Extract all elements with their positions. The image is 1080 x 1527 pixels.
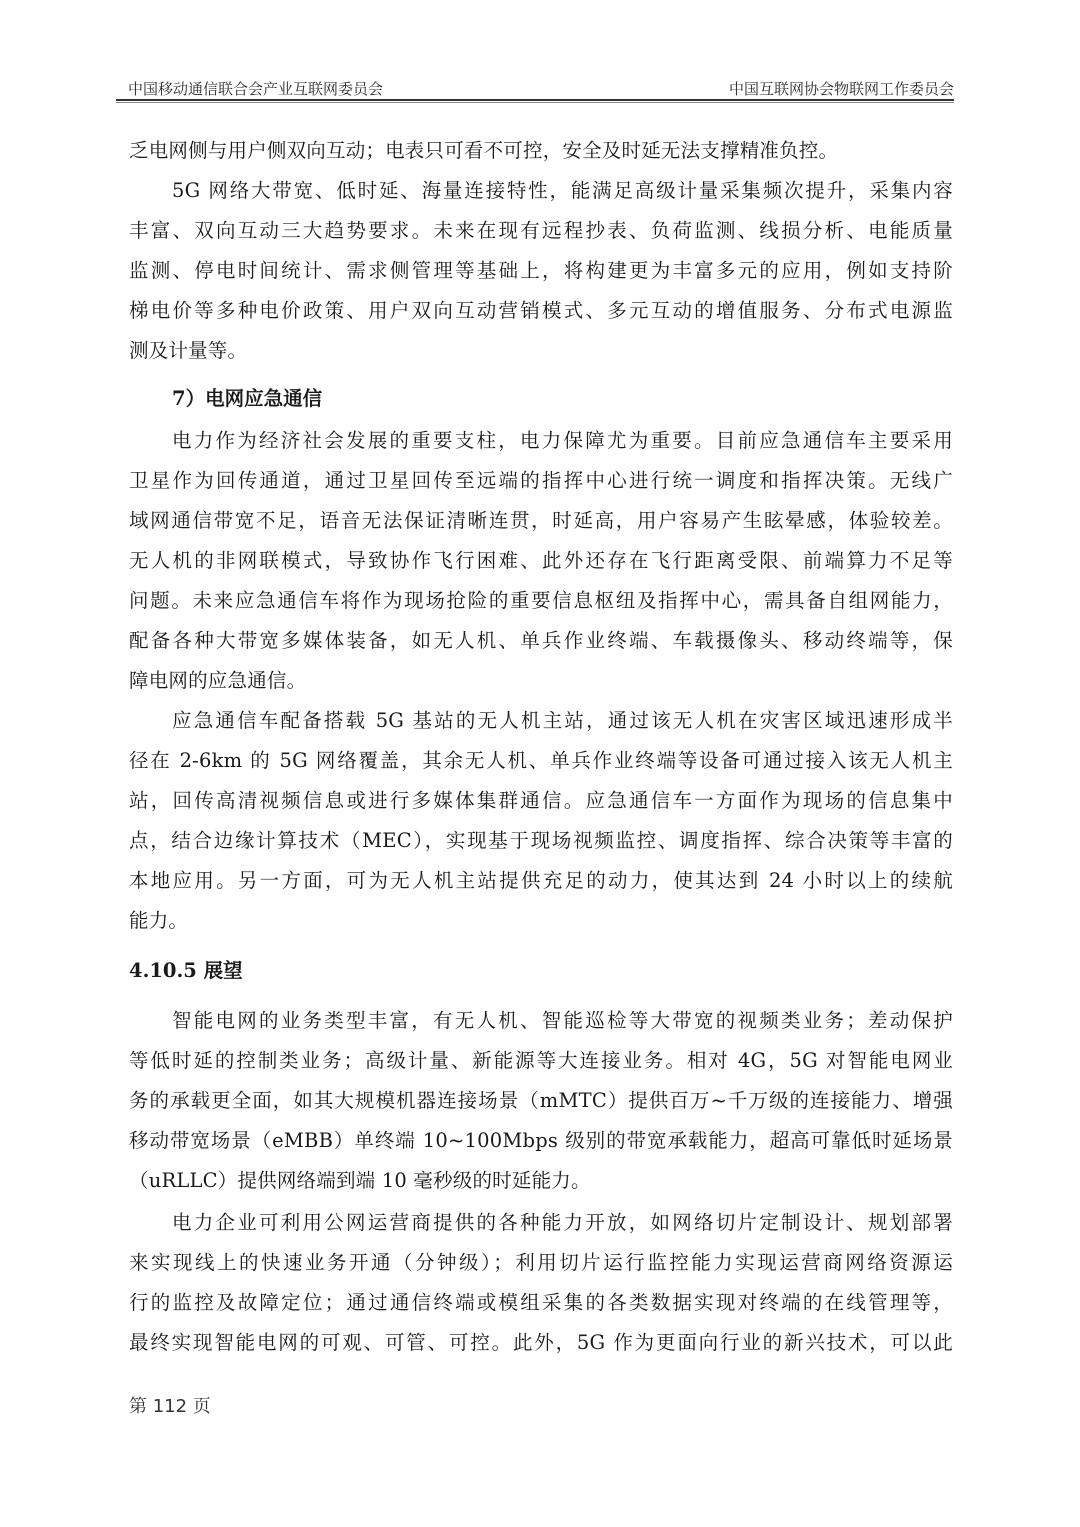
- page-header: 中国移动通信联合会产业互联网委员会 中国互联网协会物联网工作委员会: [128, 74, 954, 100]
- paragraph-line: 点，结合边缘计算技术（MEC），实现基于现场视频监控、调度指挥、综合决策等丰富的: [129, 828, 953, 854]
- paragraph-line: 电力作为经济社会发展的重要支柱，电力保障尤为重要。目前应急通信车主要采用: [172, 428, 953, 454]
- paragraph-line: （uRLLC）提供网络端到端 10 毫秒级的时延能力。: [129, 1168, 953, 1194]
- header-left-org: 中国移动通信联合会产业互联网委员会: [128, 78, 383, 99]
- paragraph-line: 监测、停电时间统计、需求侧管理等基础上，将构建更为丰富多元的应用，例如支持阶: [129, 258, 953, 284]
- paragraph-line: 梯电价等多种电价政策、用户双向互动营销模式、多元互动的增值服务、分布式电源监: [129, 298, 953, 324]
- paragraph-line: 务的承载更全面，如其大规模机器连接场景（mMTC）提供百万~千万级的连接能力、增…: [129, 1088, 953, 1114]
- paragraph-line: 电力企业可利用公网运营商提供的各种能力开放，如网络切片定制设计、规划部署: [172, 1210, 953, 1236]
- paragraph-line: 智能电网的业务类型丰富，有无人机、智能巡检等大带宽的视频类业务；差动保护: [172, 1008, 953, 1034]
- paragraph-line: 等低时延的控制类业务；高级计量、新能源等大连接业务。相对 4G，5G 对智能电网…: [129, 1048, 953, 1074]
- paragraph-line: 最终实现智能电网的可观、可管、可控。此外，5G 作为更面向行业的新兴技术，可以此: [129, 1330, 953, 1356]
- section-heading-emergency-comm: 7）电网应急通信: [172, 386, 322, 412]
- header-right-org: 中国互联网协会物联网工作委员会: [729, 78, 954, 99]
- paragraph-line: 无人机的非网联模式，导致协作飞行困难、此外还存在飞行距离受限、前端算力不足等: [129, 548, 953, 574]
- paragraph-line: 障电网的应急通信。: [129, 668, 953, 694]
- page-number: 第 112 页: [129, 1392, 211, 1418]
- paragraph-line: 测及计量等。: [129, 338, 953, 364]
- paragraph-line: 问题。未来应急通信车将作为现场抢险的重要信息枢纽及指挥中心，需具备自组网能力，: [129, 588, 953, 614]
- paragraph-line: 径在 2-6km 的 5G 网络覆盖，其余无人机、单兵作业终端等设备可通过接入该…: [129, 748, 953, 774]
- header-divider: [116, 99, 954, 101]
- section-heading-outlook: 4.10.5 展望: [129, 958, 243, 984]
- paragraph-line: 本地应用。另一方面，可为无人机主站提供充足的动力，使其达到 24 小时以上的续航: [129, 868, 953, 894]
- paragraph-line: 移动带宽场景（eMBB）单终端 10~100Mbps 级别的带宽承载能力，超高可…: [129, 1128, 953, 1154]
- paragraph-line: 配备各种大带宽多媒体装备，如无人机、单兵作业终端、车载摄像头、移动终端等，保: [129, 628, 953, 654]
- paragraph-line: 乏电网侧与用户侧双向互动；电表只可看不可控，安全及时延无法支撑精准负控。: [129, 138, 953, 164]
- paragraph-line: 能力。: [129, 908, 953, 934]
- paragraph-line: 行的监控及故障定位；通过通信终端或模组采集的各类数据实现对终端的在线管理等，: [129, 1290, 953, 1316]
- paragraph-line: 丰富、双向互动三大趋势要求。未来在现有远程抄表、负荷监测、线损分析、电能质量: [129, 218, 953, 244]
- paragraph-line: 卫星作为回传通道，通过卫星回传至远端的指挥中心进行统一调度和指挥决策。无线广: [129, 468, 953, 494]
- paragraph-line: 5G 网络大带宽、低时延、海量连接特性，能满足高级计量采集频次提升，采集内容: [172, 178, 953, 204]
- header-divider-thin: [116, 102, 954, 103]
- paragraph-line: 应急通信车配备搭载 5G 基站的无人机主站，通过该无人机在灾害区域迅速形成半: [172, 708, 953, 734]
- paragraph-line: 域网通信带宽不足，语音无法保证清晰连贯，时延高，用户容易产生眩晕感，体验较差。: [129, 508, 953, 534]
- paragraph-line: 来实现线上的快速业务开通（分钟级）；利用切片运行监控能力实现运营商网络资源运: [129, 1250, 953, 1276]
- paragraph-line: 站，回传高清视频信息或进行多媒体集群通信。应急通信车一方面作为现场的信息集中: [129, 788, 953, 814]
